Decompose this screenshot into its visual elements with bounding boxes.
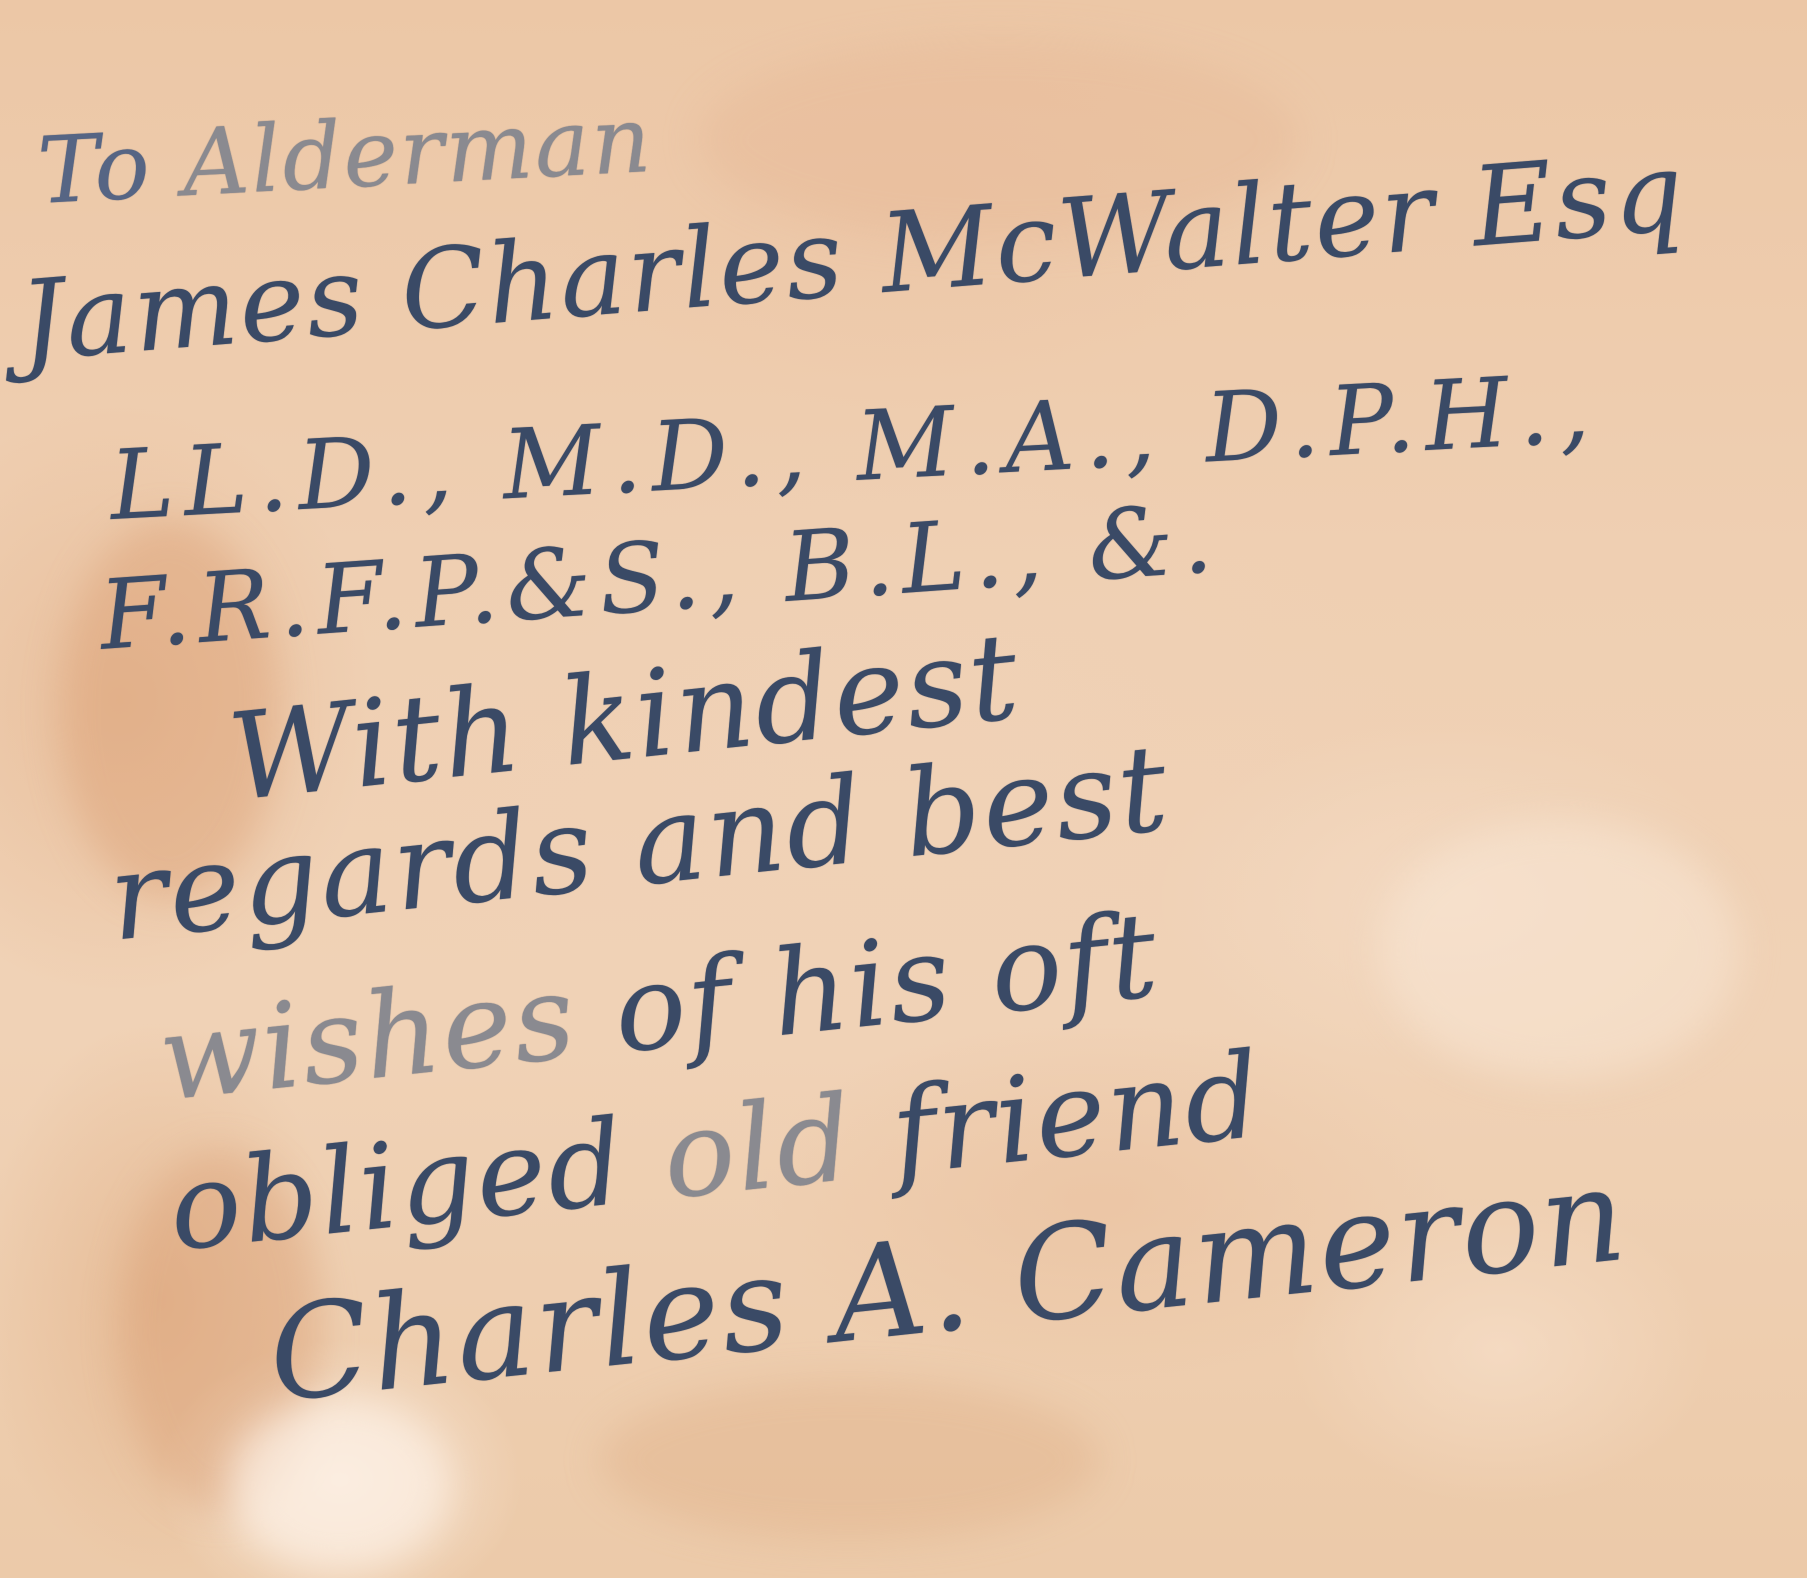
light-patch xyxy=(230,1400,450,1570)
salutation-to: To xyxy=(35,112,154,225)
word-old: old xyxy=(657,1069,861,1226)
foxing-stain xyxy=(600,1380,1100,1540)
light-patch xyxy=(1380,820,1740,1080)
